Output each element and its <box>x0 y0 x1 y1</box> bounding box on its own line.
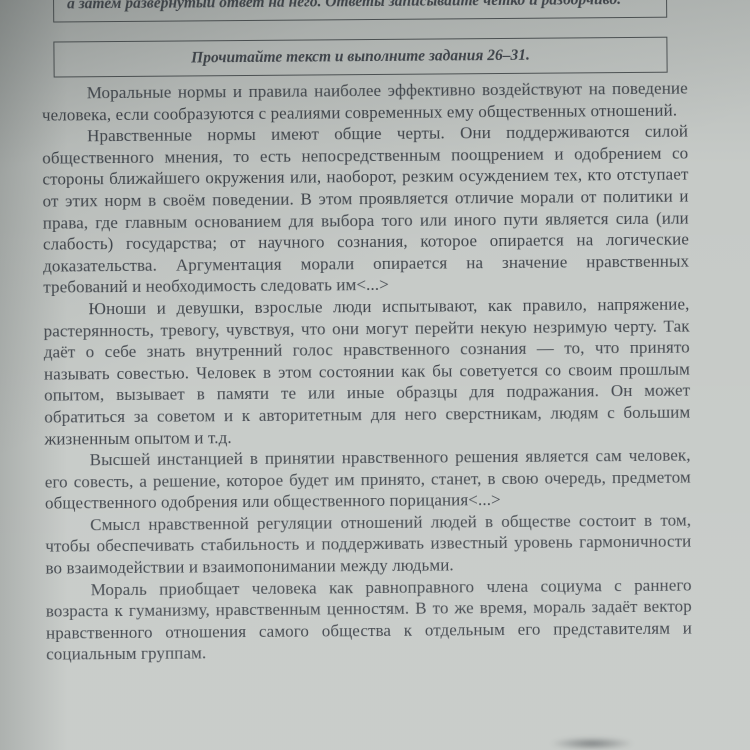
document-page: а затем развёрнутый ответ на него. Ответ… <box>0 0 750 750</box>
cutoff-text-smudge <box>550 737 634 750</box>
text-paragraph: Высшей инстанцией в принятии нравственно… <box>45 445 691 515</box>
instructions-text: а затем развёрнутый ответ на него. Ответ… <box>67 0 653 14</box>
text-paragraph: Нравственные нормы имеют общие черты. Он… <box>42 121 689 299</box>
text-paragraph: Моральные нормы и правила наиболее эффек… <box>42 78 688 126</box>
document-photo: а затем развёрнутый ответ на него. Ответ… <box>0 0 750 750</box>
text-paragraph: Юноши и девушки, взрослые люди испытываю… <box>43 293 690 449</box>
text-paragraph: Мораль приобщает человека как равноправн… <box>46 574 693 665</box>
task-header-text: Прочитайте текст и выполните задания 26–… <box>64 44 656 70</box>
task-header-box: Прочитайте текст и выполните задания 26–… <box>53 37 667 78</box>
text-paragraph: Смысл нравственной регуляции отношений л… <box>45 509 691 579</box>
document-body-text: Моральные нормы и правила наиболее эффек… <box>42 78 693 666</box>
instructions-box: а затем развёрнутый ответ на него. Ответ… <box>53 0 667 23</box>
